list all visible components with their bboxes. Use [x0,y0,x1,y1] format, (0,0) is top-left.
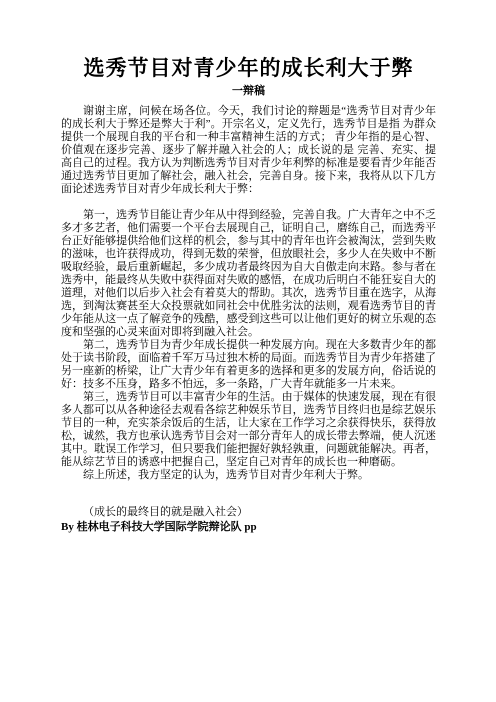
paragraph-point-1: 第一，选秀节目能让青少年从中得到经验，完善自我。广大青年之中不乏多才多艺者，他们… [61,209,436,339]
document-subtitle: 一辩稿 [61,85,436,98]
paragraph-point-3: 第三，选秀节目可以丰富青少年的生活。由于媒体的快速发展，现在有很多人都可以从各种… [61,391,436,469]
byline: By 桂林电子科技大学国际学院辩论队 pp [61,520,436,534]
document-body: 谢谢主席，问候在场各位。今天，我们讨论的辩题是“选秀节目对青少年的成长利大于弊还… [61,105,436,482]
document-title: 选秀节目对青少年的成长利大于弊 [61,55,436,81]
document-page: 选秀节目对青少年的成长利大于弊 一辩稿 谢谢主席，问候在场各位。今天，我们讨论的… [0,0,496,702]
paragraph-point-2: 第二，选秀节目为青少年成长提供一种发展方向。现在大多数青少年的都处于读书阶段，面… [61,339,436,391]
closing-note: （成长的最终目的就是融入社会） [61,506,436,519]
document-content: 选秀节目对青少年的成长利大于弊 一辩稿 谢谢主席，问候在场各位。今天，我们讨论的… [0,0,496,534]
paragraph-intro: 谢谢主席，问候在场各位。今天，我们讨论的辩题是“选秀节目对青少年的成长利大于弊还… [61,105,436,196]
paragraph-conclusion: 综上所述，我方坚定的认为，选秀节目对青少年利大于弊。 [61,469,436,482]
